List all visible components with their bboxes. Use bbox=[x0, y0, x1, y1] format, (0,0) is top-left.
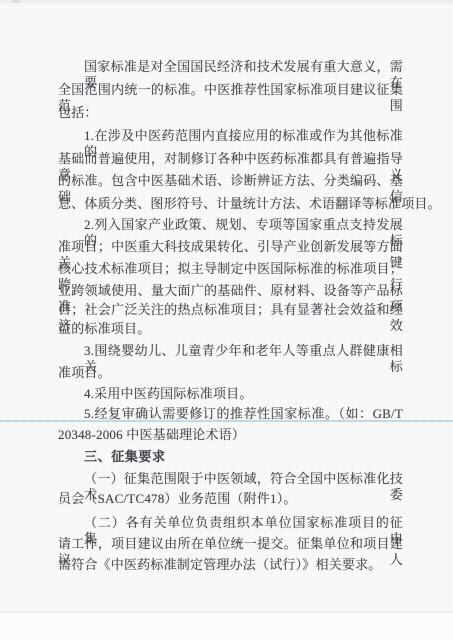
text-line: 2.列入国家产业政策、规划、专项等国家重点支持发展的标 bbox=[58, 217, 403, 234]
text-line: 目；社会广泛关注的热点标准项目；具有显著社会效益和经济效 bbox=[58, 302, 403, 319]
text-line: 准项目；中医重大科技成果转化、引导产业创新发展等方面关键 bbox=[58, 239, 403, 256]
text-line: 全国范围内统一的标准。中医推荐性国家标准项目建议征集范围 bbox=[58, 82, 403, 99]
document-text-block: 国家标准是对全国国民经济和技术发展有重大意义，需要在全国范围内统一的标准。中医推… bbox=[0, 0, 453, 640]
page-bottom-strip bbox=[0, 613, 453, 640]
text-line: 国家标准是对全国国民经济和技术发展有重大意义，需要在 bbox=[58, 59, 403, 76]
text-line: 业跨领域使用、量大面广的基础件、原材料、设备等产品标准项 bbox=[58, 283, 403, 300]
text-line: 核心技术标准项目；拟主导制定中医国际标准的标准项目；跨行 bbox=[58, 261, 403, 278]
scan-artifact-line bbox=[0, 420, 453, 422]
text-line: 1.在涉及中医药范围内直接应用的标准或作为其他标准的 bbox=[58, 128, 403, 145]
text-line: （二）各有关单位负责组织本单位国家标准项目的征集、申 bbox=[58, 515, 403, 532]
text-line: 的标准。包含中医基础术语、诊断辨证方法、分类编码、基础信 bbox=[58, 173, 403, 190]
text-line: 益的标准项目。 bbox=[58, 321, 403, 338]
text-line: 包括： bbox=[58, 105, 403, 122]
text-line: 20348-2006 中医基础理论术语） bbox=[58, 427, 403, 444]
text-line: 4.采用中医药国际标准项目。 bbox=[58, 386, 403, 403]
text-line: （一）征集范围限于中医领域，符合全国中医标准化技术委 bbox=[58, 471, 403, 488]
text-line: 需符合《中医药标准制定管理办法（试行）》相关要求。 bbox=[58, 557, 403, 574]
text-line: 息、体质分类、图形符号、计量统计方法、术语翻译等标准项目。 bbox=[58, 196, 403, 213]
section-heading: 三、征集要求 bbox=[58, 449, 403, 466]
text-line: 基础而普遍使用，对制修订各种中医药标准都具有普遍指导意义 bbox=[58, 151, 403, 168]
text-line: 员会（SAC/TC478）业务范围（附件1）。 bbox=[58, 491, 403, 508]
document-page: 国家标准是对全国国民经济和技术发展有重大意义，需要在全国范围内统一的标准。中医推… bbox=[0, 0, 453, 640]
text-line: 请工作，项目建议由所在单位统一提交。征集单位和项目建议人 bbox=[58, 536, 403, 553]
text-line: 3.围绕婴幼儿、儿童青少年和老年人等重点人群健康相关标 bbox=[58, 343, 403, 360]
text-line: 准项目。 bbox=[58, 365, 403, 382]
